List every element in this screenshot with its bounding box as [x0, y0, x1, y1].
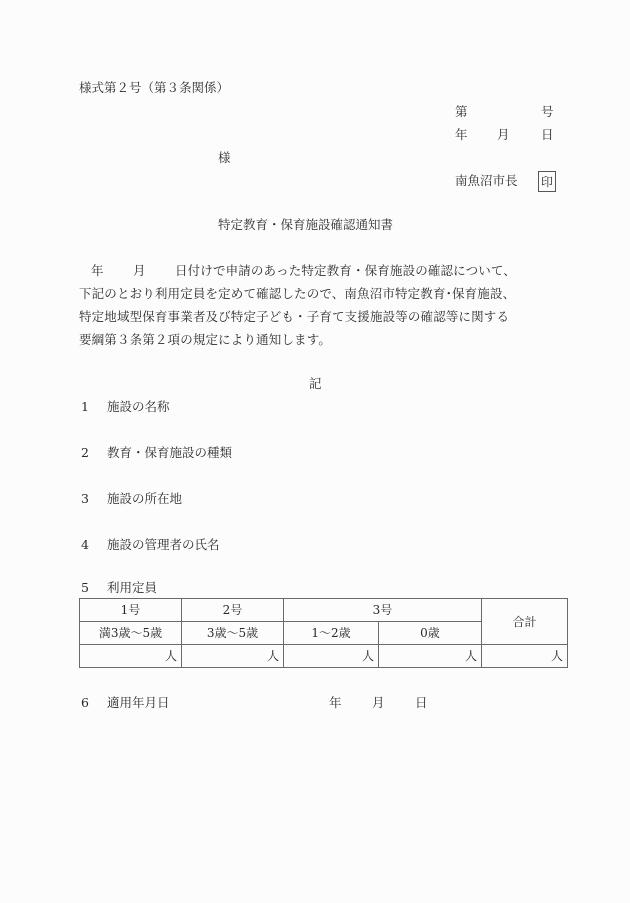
document-number-suffix: 号: [541, 106, 554, 119]
capacity-cell-type-3-age-0[interactable]: 人: [379, 645, 482, 668]
subheader-age-3-5: 3歳～5歳: [182, 622, 284, 645]
table-row: 人 人 人 人 人: [80, 645, 568, 668]
item-number: 5: [81, 582, 89, 595]
capacity-table: 1号 2号 3号 合計 満3歳～5歳 3歳～5歳 1～2歳 0歳 人 人 人 人…: [79, 598, 568, 668]
subheader-age-0: 0歳: [379, 622, 482, 645]
issuer-name: 南魚沼市長: [455, 175, 518, 188]
document-number-prefix: 第: [455, 106, 468, 119]
issue-date-year: 年: [455, 129, 468, 142]
issue-date-month: 月: [497, 129, 510, 142]
item-capacity: 利用定員: [107, 582, 157, 595]
item-number: 3: [81, 493, 89, 506]
header-type-1: 1号: [80, 599, 182, 622]
body-line-2: 下記のとおり利用定員を定めて確認したので、南魚沼市特定教育･保育施設、: [79, 288, 515, 301]
capacity-cell-total[interactable]: 人: [482, 645, 568, 668]
document-title: 特定教育・保育施設確認通知書: [218, 219, 393, 232]
body-date-year: 年: [91, 265, 104, 278]
effective-date-day: 日: [415, 697, 428, 710]
issue-date-day: 日: [541, 129, 554, 142]
recipient-honorific: 様: [218, 152, 231, 165]
form-number: 様式第２号（第３条関係）: [79, 82, 229, 95]
subheader-age-1-2: 1～2歳: [284, 622, 379, 645]
seal-icon: 印: [538, 171, 556, 192]
item-number: 1: [81, 401, 89, 414]
item-number: 4: [81, 539, 89, 552]
header-type-3: 3号: [284, 599, 482, 622]
item-effective-date: 適用年月日: [107, 697, 170, 710]
item-facility-name: 施設の名称: [107, 401, 170, 414]
item-manager-name: 施設の管理者の氏名: [107, 539, 220, 552]
body-line-4: 要綱第３条第２項の規定により通知します。: [79, 334, 331, 347]
header-total: 合計: [482, 599, 568, 645]
capacity-cell-type-3-age-1-2[interactable]: 人: [284, 645, 379, 668]
item-number: 6: [81, 697, 89, 710]
item-number: 2: [81, 447, 89, 460]
body-date-month: 月: [133, 265, 146, 278]
capacity-cell-type-2[interactable]: 人: [182, 645, 284, 668]
effective-date-year: 年: [329, 697, 342, 710]
body-line-1-text: 日付けで申請のあった特定教育・保育施設の確認について、: [175, 265, 516, 278]
subheader-age-3-5-full: 満3歳～5歳: [80, 622, 182, 645]
ki-heading: 記: [309, 378, 322, 391]
item-facility-address: 施設の所在地: [107, 493, 182, 506]
capacity-cell-type-1[interactable]: 人: [80, 645, 182, 668]
effective-date-month: 月: [372, 697, 385, 710]
item-facility-type: 教育・保育施設の種類: [107, 447, 232, 460]
header-type-2: 2号: [182, 599, 284, 622]
table-header-row: 1号 2号 3号 合計: [80, 599, 568, 622]
body-line-3: 特定地域型保育事業者及び特定子ども・子育て支援施設等の確認等に関する: [79, 311, 509, 324]
